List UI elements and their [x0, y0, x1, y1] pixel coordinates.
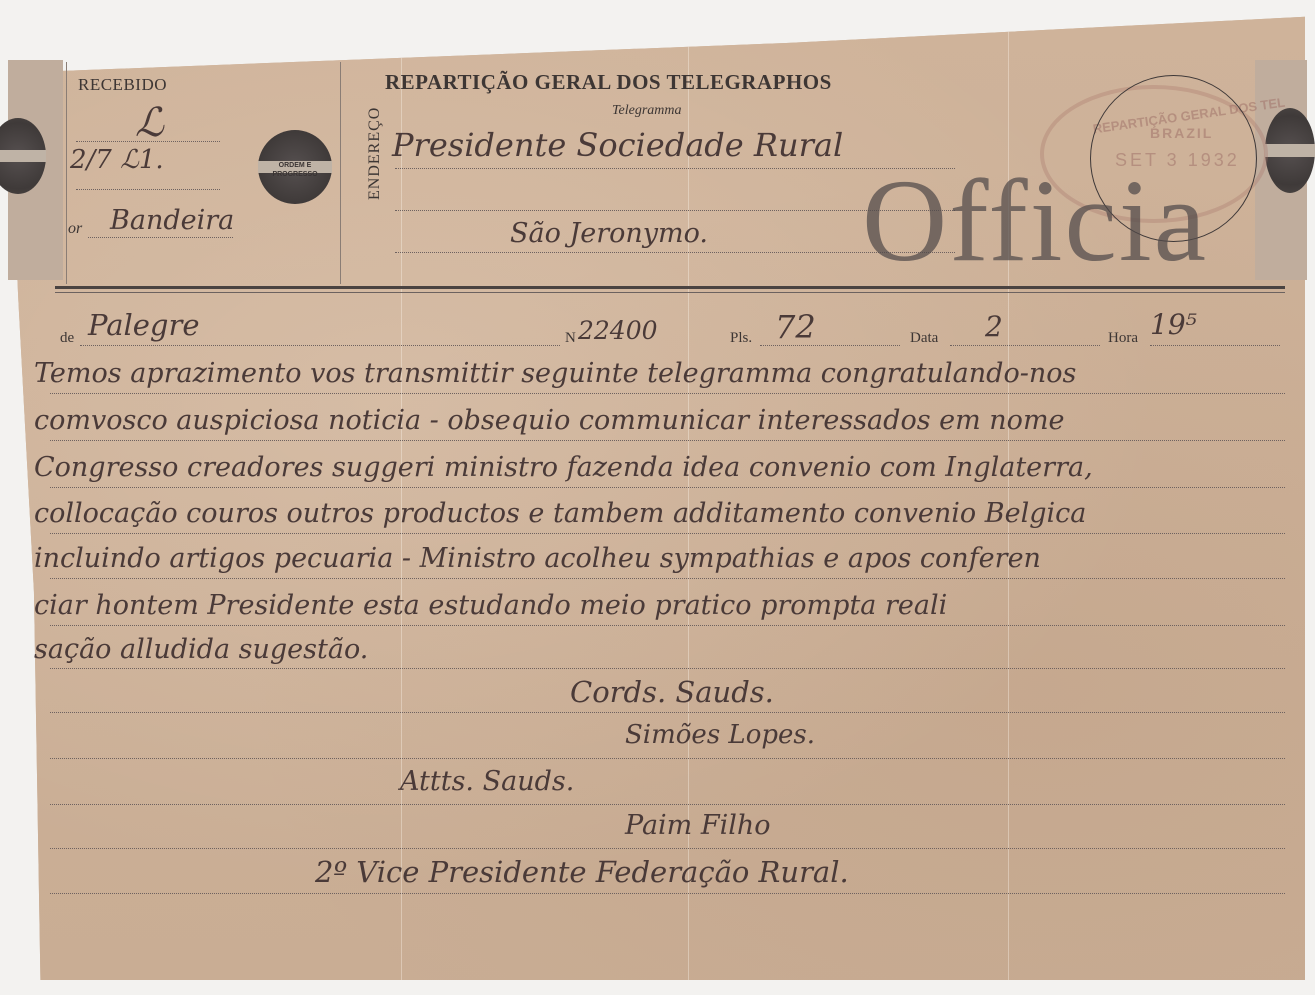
received-mark: ℒ	[135, 100, 164, 146]
words-value: 72	[775, 308, 816, 346]
hour-value: 19⁵	[1150, 308, 1197, 341]
received-by: Bandeira	[110, 205, 234, 236]
from-value: Palegre	[88, 308, 200, 342]
header-divider	[340, 62, 341, 284]
received-number: 2/7 ℒ1.	[70, 145, 164, 175]
number-value: 22400	[578, 316, 658, 345]
received-label: RECEBIDO	[78, 75, 167, 95]
message-line: collocação couros outros productos e tam…	[34, 498, 1086, 529]
seal-motto: ORDEM E PROGRESSO	[258, 161, 332, 173]
message-line: Temos aprazimento vos transmittir seguin…	[34, 358, 1076, 389]
message-line: ciar hontem Presidente esta estudando me…	[34, 590, 947, 621]
date-value: 2	[985, 310, 1003, 343]
header-rule	[55, 286, 1285, 289]
from-label: de	[60, 330, 74, 347]
office-title: REPARTIÇÃO GERAL DOS TELEGRAPHOS	[385, 70, 832, 95]
words-label: Pls.	[730, 330, 752, 347]
address-label: ENDEREÇO	[366, 107, 384, 200]
address-line-2: São Jeronymo.	[510, 218, 708, 249]
signature-line: Simões Lopes.	[625, 720, 815, 750]
message-line: sação alludida sugestão.	[34, 634, 368, 665]
signature-line: Paim Filho	[625, 810, 771, 841]
date-label: Data	[910, 330, 938, 347]
telegram-subtitle: Telegramma	[612, 103, 682, 119]
hour-label: Hora	[1108, 330, 1138, 347]
republic-seal-icon: ORDEM E PROGRESSO	[258, 130, 332, 204]
strip-divider	[66, 62, 67, 284]
official-stamp: Officia	[862, 162, 1208, 280]
number-label: N	[565, 330, 576, 347]
address-line-1: Presidente Sociedade Rural	[392, 126, 843, 164]
message-line: incluindo artigos pecuaria - Ministro ac…	[34, 543, 1041, 574]
signature-line: Attts. Sauds.	[400, 766, 574, 797]
signature-line: Cords. Sauds.	[570, 675, 774, 709]
message-line: comvosco auspiciosa noticia - obsequio c…	[34, 405, 1065, 436]
by-label: or	[68, 220, 82, 238]
message-line: Congresso creadores suggeri ministro faz…	[34, 452, 1093, 483]
right-partial-seal-icon	[1265, 108, 1315, 193]
signature-line: 2º Vice Presidente Federação Rural.	[315, 855, 849, 889]
